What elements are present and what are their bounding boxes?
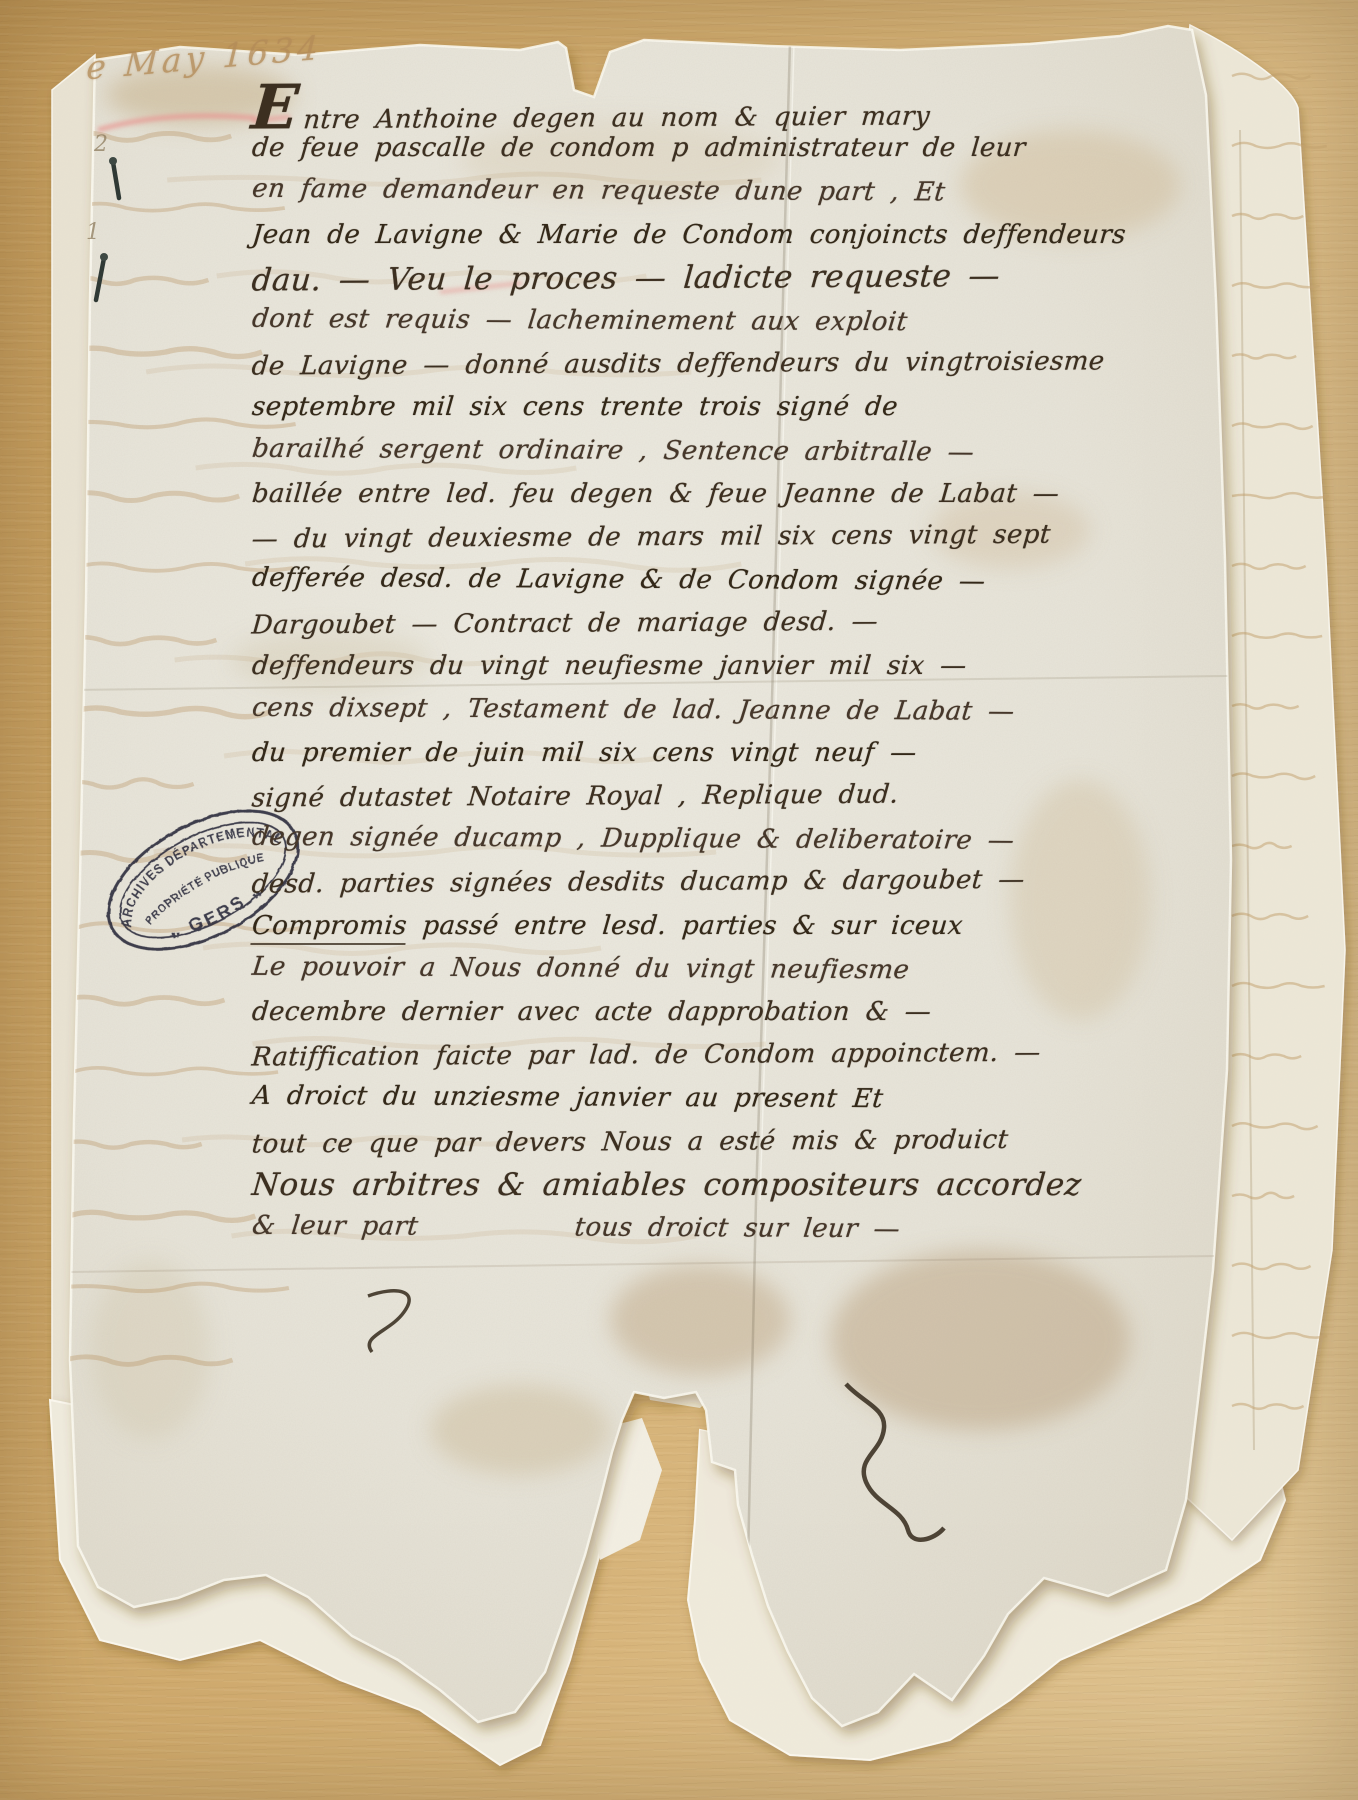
manuscript-scene: ARCHIVES DÉPARTEMENTALES PROPRIÉTÉ PUBLI… bbox=[0, 0, 1358, 1800]
photo-grain bbox=[0, 0, 1358, 1800]
